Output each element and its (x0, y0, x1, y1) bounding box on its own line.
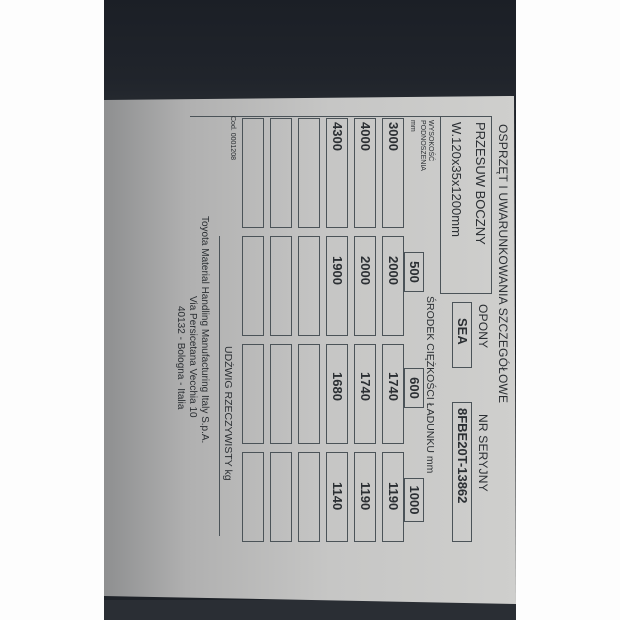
load-center-3: 1000 (407, 478, 422, 522)
capacity-r1-c2: 1740 (386, 372, 401, 401)
cell-box-empty (298, 344, 320, 444)
capacity-label: UDŹWIG RZECZYWISTY kg (222, 346, 234, 481)
capacity-r3-c1: 1900 (330, 256, 345, 285)
cell-box-empty (298, 452, 320, 542)
tires-label: OPONY (476, 304, 490, 348)
height-row-3: 4300 (330, 122, 345, 151)
cell-box-empty (270, 236, 292, 336)
code-number: Cod. 0001208 (229, 116, 236, 160)
plate-content: OSPRZĘT I UWARUNKOWANIA SZCZEGÓŁOWE PRZE… (104, 96, 516, 604)
height-row-2: 4000 (358, 122, 373, 151)
lift-height-unit: mm (408, 120, 416, 132)
metal-surface-top (104, 0, 516, 110)
cell-box-empty (270, 452, 292, 542)
serial-value: 8FBE20T-13862 (455, 408, 470, 503)
height-row-1: 3000 (386, 122, 401, 151)
capacity-underline (219, 236, 220, 536)
photo: OSPRZĘT I UWARUNKOWANIA SZCZEGÓŁOWE PRZE… (104, 0, 516, 620)
lift-height-label: WYSOKOŚĆ PODNOSZENIA (418, 120, 434, 180)
load-center-2: 600 (407, 368, 422, 408)
cell-box-empty (270, 344, 292, 444)
height-box-empty (298, 118, 320, 228)
capacity-r2-c3: 1190 (358, 482, 373, 510)
plate-title: OSPRZĘT I UWARUNKOWANIA SZCZEGÓŁOWE (496, 124, 510, 403)
manufacturer-name: Toyota Material Handling Manufacturing I… (198, 216, 210, 443)
attachment-name: PRZESUW BOCZNY (473, 122, 488, 245)
capacity-r2-c1: 2000 (358, 256, 373, 285)
capacity-r1-c1: 2000 (386, 256, 401, 285)
capacity-r3-c2: 1680 (330, 372, 345, 401)
cell-box-empty (242, 344, 264, 444)
capacity-r3-c3: 1140 (330, 482, 345, 510)
attachment-size: W.120x35x1200mm (449, 122, 464, 237)
capacity-plate: OSPRZĘT I UWARUNKOWANIA SZCZEGÓŁOWE PRZE… (104, 96, 516, 604)
height-box-empty (270, 118, 292, 228)
load-center-label: ŚRODEK CIĘŻKOŚCI ŁADUNKU mm (424, 296, 436, 473)
capacity-r1-c3: 1190 (386, 482, 401, 510)
serial-label: NR SERYJNY (476, 414, 490, 492)
metal-surface-bottom (104, 600, 516, 620)
cell-box-empty (242, 236, 264, 336)
load-center-1: 500 (407, 252, 422, 292)
manufacturer-street: Via Persicetana Vecchia 10 (186, 296, 198, 418)
cell-box (382, 236, 404, 336)
manufacturer-city: 40132 - Bologna - Italia (174, 306, 186, 409)
cell-box-empty (242, 452, 264, 542)
tires-value: SEA (455, 318, 470, 345)
height-box-empty (242, 118, 264, 228)
cell-box (326, 236, 348, 336)
cell-box (354, 236, 376, 336)
capacity-r2-c2: 1740 (358, 372, 373, 401)
cell-box-empty (298, 236, 320, 336)
